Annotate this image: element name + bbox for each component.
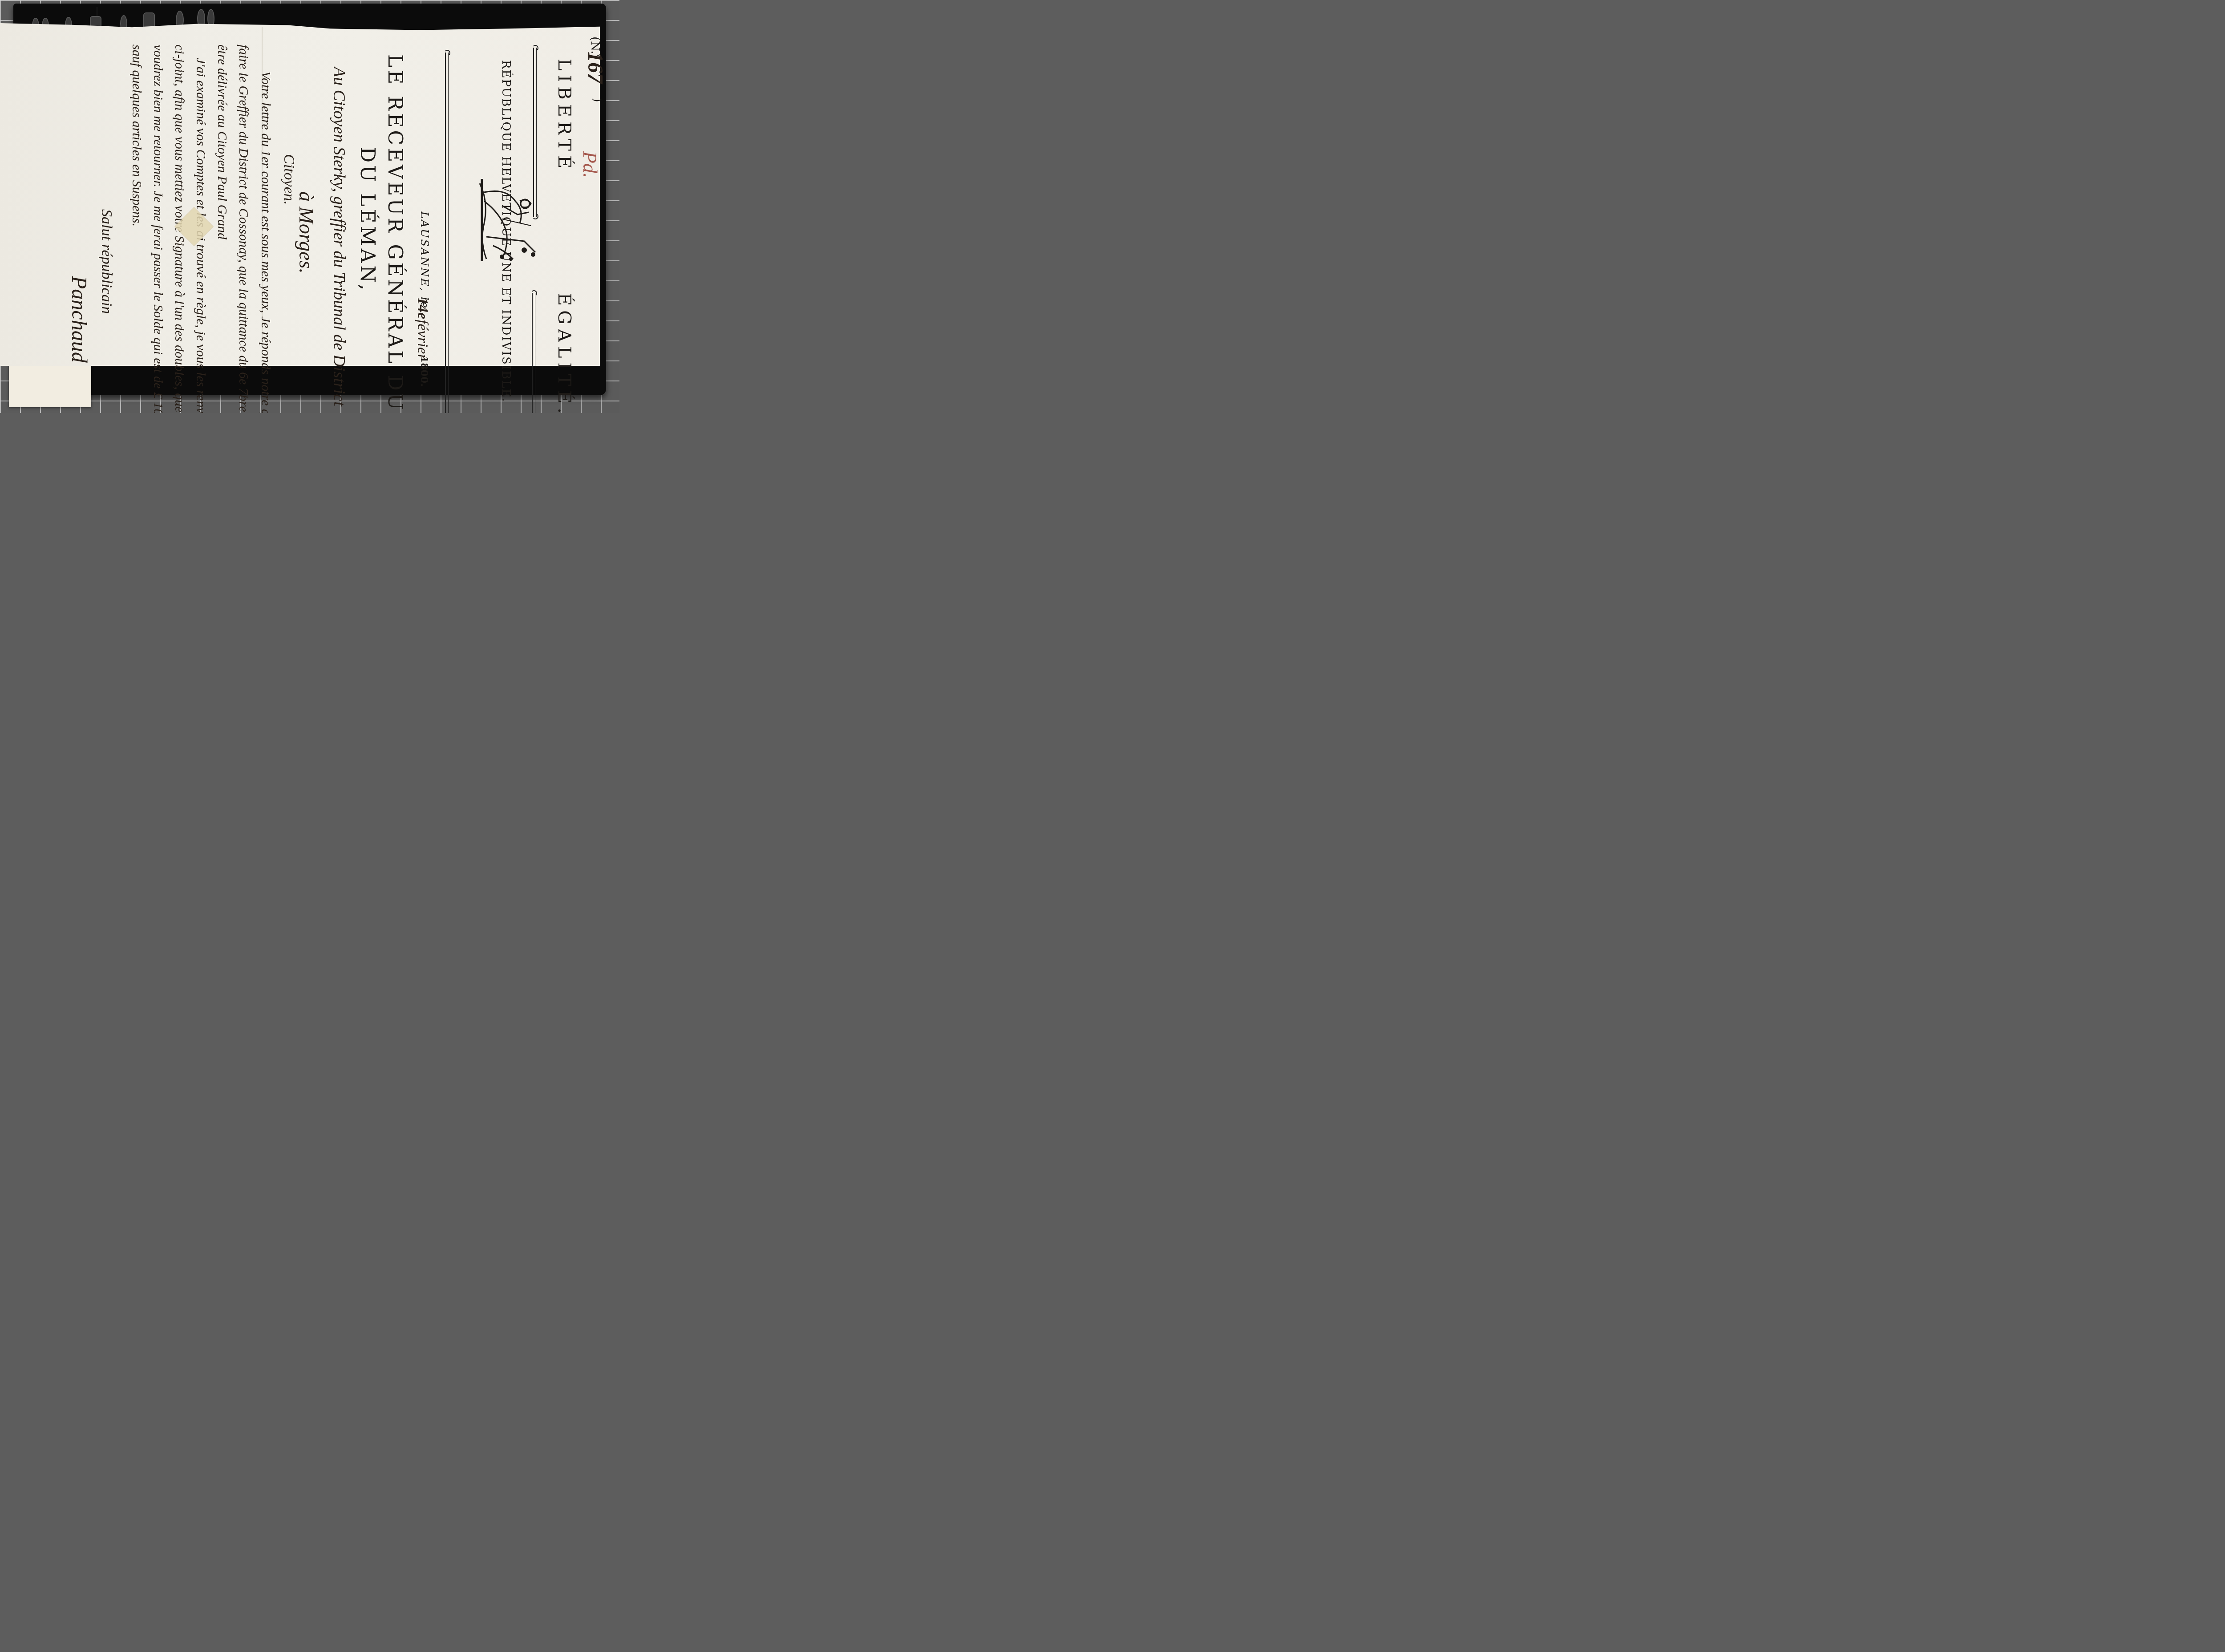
place-date-printed: LAUSANNE, le xyxy=(418,211,431,309)
red-annotation: Pd. xyxy=(578,151,601,178)
receiver-title-line2: DU LÉMAN, xyxy=(356,147,379,293)
date-year: 1800. xyxy=(418,356,430,387)
date-month: février xyxy=(414,320,431,360)
receiver-title-line1: LE RECEVEUR GÉNÉRAL DU CANTON xyxy=(384,54,406,413)
motto-liberte: LIBERTÉ xyxy=(554,59,574,173)
body-line-1: Votre lettre du 1er courant est sous mes… xyxy=(258,71,273,413)
document-number-value: 167 xyxy=(583,52,607,84)
signature: Panchaud xyxy=(67,276,91,363)
document-number-close: ) xyxy=(591,98,603,102)
closing-salutation: Salut républicain xyxy=(98,209,115,314)
addressee-line: Au Citoyen Sterky, greffier du Tribunal … xyxy=(329,67,349,406)
republic-rule xyxy=(445,53,449,413)
motto-rule-right xyxy=(532,293,535,413)
salutation: Citoyen. xyxy=(280,154,297,205)
body-line-7: sauf quelques articles en Suspens. xyxy=(129,45,144,227)
body-line-2: faire le Greffier du District de Cossona… xyxy=(236,45,251,413)
date-day: 14e xyxy=(414,297,431,319)
body-line-6: voudrez bien me retourner. Je me ferai p… xyxy=(150,45,166,413)
motto-egalite: ÉGALITÉ. xyxy=(554,293,574,413)
william-tell-emblem-icon xyxy=(475,174,542,263)
body-line-3: être délivrée au Citoyen Paul Grand xyxy=(214,45,230,239)
addressee-location: à Morges. xyxy=(295,191,318,274)
